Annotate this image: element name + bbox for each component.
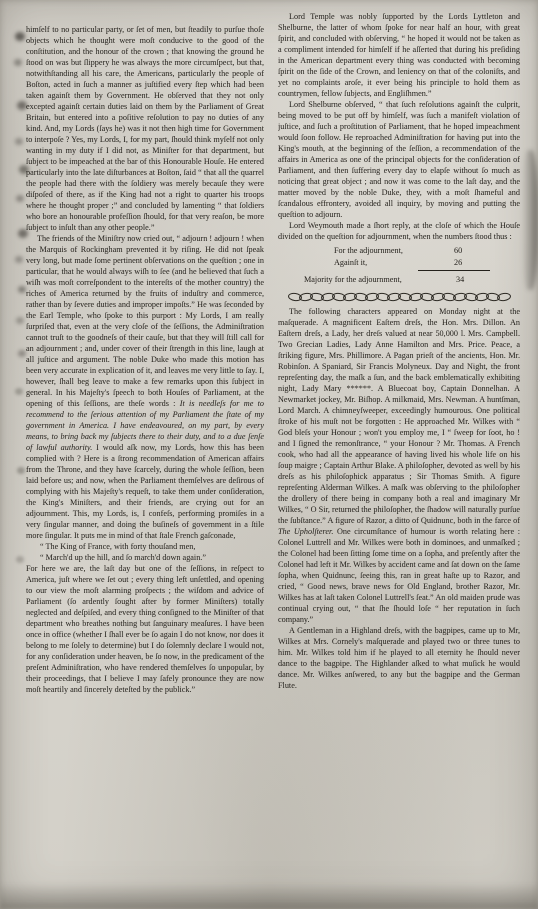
body-text: Lord Shelburne obſerved, “ that ſuch reſ… (278, 100, 520, 219)
paragraph: Lord Shelburne obſerved, “ that ſuch reſ… (278, 99, 520, 220)
body-text: The following characters appeared on Mon… (278, 307, 520, 525)
right-column: Lord Temple was nobly ſupported by the L… (278, 11, 520, 897)
page-fold-smudge (522, 150, 538, 290)
body-text: I would aſk now, my Lords, how this has … (26, 443, 264, 540)
paragraph: Lord Temple was nobly ſupported by the L… (278, 11, 520, 99)
italic-text: The Upholſterer. (278, 527, 333, 536)
body-text: Lord Weymouth made a ſhort reply, at the… (278, 221, 520, 241)
ink-bleedthrough (14, 0, 20, 5)
paragraph: The following characters appeared on Mon… (278, 306, 520, 625)
majority-count: 34 (456, 274, 464, 285)
paragraph: The friends of the Miniſtry now cried ou… (26, 233, 264, 541)
body-text: himſelf to no particular party, or ſet o… (26, 25, 264, 232)
body-text: The friends of the Miniſtry now cried ou… (26, 234, 264, 408)
newspaper-page: himſelf to no particular party, or ſet o… (0, 0, 538, 909)
vote-row: Againſt it,26 (278, 257, 520, 269)
vote-label: Againſt it, (334, 257, 367, 268)
sum-rule (418, 270, 490, 271)
paragraph: Lord Weymouth made a ſhort reply, at the… (278, 220, 520, 242)
majority-label: Majority for the adjournment, (304, 274, 402, 285)
paragraph: himſelf to no particular party, or ſet o… (26, 24, 264, 233)
chain-link-icon (496, 292, 511, 302)
vote-row: For the adjournment,60 (278, 245, 520, 257)
left-column: himſelf to no particular party, or ſet o… (26, 24, 264, 886)
vote-division-table: For the adjournment,60Againſt it,26Major… (278, 245, 520, 287)
body-text: “ March'd up the hill, and ſo march'd do… (40, 553, 206, 562)
body-text: One circumſtance of humour is worth rela… (278, 527, 520, 624)
body-text: For here we are, the laſt day but one of… (26, 564, 264, 694)
body-text: Lord Temple was nobly ſupported by the L… (278, 12, 520, 98)
verse-line: “ March'd up the hill, and ſo march'd do… (26, 552, 264, 563)
vote-label: For the adjournment, (334, 245, 403, 256)
paragraph: For here we are, the laſt day but one of… (26, 563, 264, 695)
vote-count: 60 (454, 245, 462, 256)
vote-count: 26 (454, 257, 462, 268)
body-text: A Gentleman in a Highland dreſs, with th… (278, 626, 520, 690)
chain-ornament-divider (278, 291, 520, 303)
body-text: “ The King of France, with forty thouſan… (40, 542, 195, 551)
paragraph: A Gentleman in a Highland dreſs, with th… (278, 625, 520, 691)
majority-row: Majority for the adjournment,34 (278, 274, 520, 287)
verse-line: “ The King of France, with forty thouſan… (26, 541, 264, 552)
